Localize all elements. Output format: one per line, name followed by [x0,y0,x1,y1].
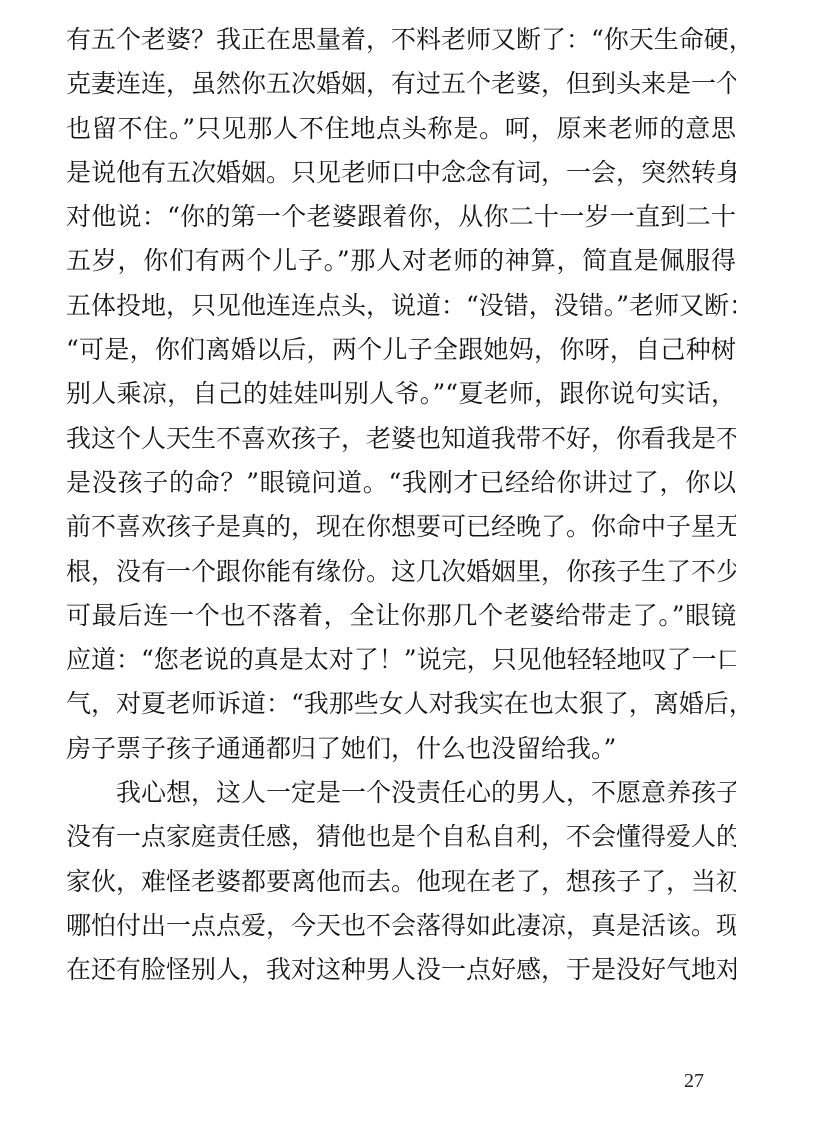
text-line: 对他说：“你的第一个老婆跟着你，从你二十一岁一直到二十 [66,195,736,239]
text-line: 根，没有一个跟你能有缘份。这几次婚姻里，你孩子生了不少， [66,550,736,594]
text-line: 哪怕付出一点点爱，今天也不会落得如此凄凉，真是活该。现 [66,904,736,948]
text-line: 在还有脸怪别人，我对这种男人没一点好感，于是没好气地对 [66,948,736,992]
paragraph-end-line: 房子票子孩子通通都归了她们，什么也没留给我。” [66,727,736,771]
text-line: 是没孩子的命？”眼镜问道。“我刚才已经给你讲过了，你以 [66,461,736,505]
text-line: 我这个人天生不喜欢孩子，老婆也知道我带不好，你看我是不 [66,417,736,461]
text-line: 是说他有五次婚姻。只见老师口中念念有词，一会，突然转身 [66,151,736,195]
text-line: “可是，你们离婚以后，两个儿子全跟她妈，你呀，自己种树 [66,328,736,372]
text-line: 有五个老婆？我正在思量着，不料老师又断了：“你天生命硬， [66,18,736,62]
text-line: 气，对夏老师诉道：“我那些女人对我实在也太狠了，离婚后， [66,682,736,726]
text-line: 五岁，你们有两个儿子。”那人对老师的神算，简直是佩服得 [66,239,736,283]
text-line: 克妻连连，虽然你五次婚姻，有过五个老婆，但到头来是一个 [66,62,736,106]
paragraph-start-line: 我心想，这人一定是一个没责任心的男人，不愿意养孩子， [66,771,736,815]
page-number: 27 [684,1070,704,1093]
text-line: 五体投地，只见他连连点头，说道：“没错，没错。”老师又断： [66,284,736,328]
text-line: 可最后连一个也不落着，全让你那几个老婆给带走了。”眼镜 [66,594,736,638]
document-page: 有五个老婆？我正在思量着，不料老师又断了：“你天生命硬， 克妻连连，虽然你五次婚… [66,18,736,993]
text-line: 前不喜欢孩子是真的，现在你想要可已经晚了。你命中子星无 [66,505,736,549]
text-line: 没有一点家庭责任感，猜他也是个自私自利，不会懂得爱人的 [66,815,736,859]
text-line: 也留不住。”只见那人不住地点头称是。呵，原来老师的意思 [66,107,736,151]
text-line: 家伙，难怪老婆都要离他而去。他现在老了，想孩子了，当初 [66,860,736,904]
text-line: 应道：“您老说的真是太对了！”说完，只见他轻轻地叹了一口 [66,638,736,682]
text-line: 别人乘凉，自己的娃娃叫别人爷。”“夏老师，跟你说句实话， [66,372,736,416]
